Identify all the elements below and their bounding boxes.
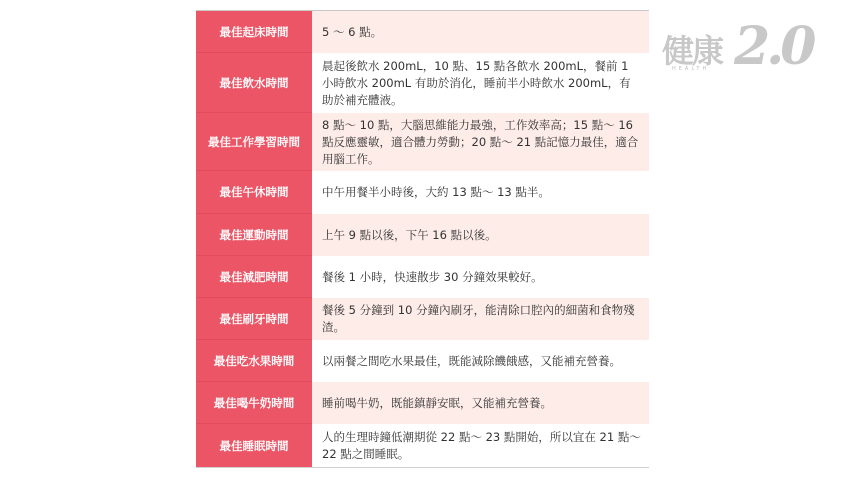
- row-value: 上午 9 點以後，下午 16 點以後。: [312, 214, 649, 256]
- table-row: 最佳運動時間上午 9 點以後，下午 16 點以後。: [196, 214, 649, 256]
- row-value: 人的生理時鐘低潮期從 22 點～ 23 點開始，所以宜在 21 點～ 22 點之…: [312, 424, 649, 467]
- table-row: 最佳減肥時間餐後 1 小時，快速散步 30 分鐘效果較好。: [196, 256, 649, 298]
- row-value: 餐後 1 小時，快速散步 30 分鐘效果較好。: [312, 256, 649, 298]
- table-row: 最佳飲水時間晨起後飲水 200mL，10 點、15 點各飲水 200mL，餐前 …: [196, 53, 649, 113]
- table-row: 最佳吃水果時間以兩餐之間吃水果最佳，既能減除饑餓感，又能補充營養。: [196, 340, 649, 382]
- table-row: 最佳起床時間5 ～ 6 點。: [196, 11, 649, 53]
- table-row: 最佳喝牛奶時間睡前喝牛奶，既能鎮靜安眠，又能補充營養。: [196, 382, 649, 424]
- row-label: 最佳吃水果時間: [196, 340, 312, 382]
- row-label: 最佳刷牙時間: [196, 298, 312, 340]
- table-row: 最佳刷牙時間餐後 5 分鐘到 10 分鐘內刷牙，能清除口腔內的細菌和食物殘渣。: [196, 298, 649, 340]
- row-value: 以兩餐之間吃水果最佳，既能減除饑餓感，又能補充營養。: [312, 340, 649, 382]
- row-value: 晨起後飲水 200mL，10 點、15 點各飲水 200mL，餐前 1 小時飲水…: [312, 53, 649, 113]
- table-row: 最佳午休時間中午用餐半小時後，大約 13 點～ 13 點半。: [196, 171, 649, 214]
- row-value: 中午用餐半小時後，大約 13 點～ 13 點半。: [312, 171, 649, 214]
- health-schedule-table: 最佳起床時間5 ～ 6 點。 最佳飲水時間晨起後飲水 200mL，10 點、15…: [196, 10, 649, 468]
- table-row: 最佳睡眠時間人的生理時鐘低潮期從 22 點～ 23 點開始，所以宜在 21 點～…: [196, 424, 649, 467]
- row-label: 最佳工作學習時間: [196, 113, 312, 171]
- row-label: 最佳減肥時間: [196, 256, 312, 298]
- health-2-0-logo: 健康 2.0 HEALTH: [660, 24, 830, 84]
- row-value: 5 ～ 6 點。: [312, 11, 649, 53]
- row-value: 8 點～ 10 點，大腦思維能力最強，工作效率高；15 點～ 16 點反應靈敏，…: [312, 113, 649, 171]
- table-row: 最佳工作學習時間8 點～ 10 點，大腦思維能力最強，工作效率高；15 點～ 1…: [196, 113, 649, 171]
- row-label: 最佳飲水時間: [196, 53, 312, 113]
- row-label: 最佳運動時間: [196, 214, 312, 256]
- row-value: 睡前喝牛奶，既能鎮靜安眠，又能補充營養。: [312, 382, 649, 424]
- logo-subtext: HEALTH: [672, 66, 709, 72]
- row-label: 最佳起床時間: [196, 11, 312, 53]
- logo-number: 2.0: [734, 16, 812, 77]
- row-value: 餐後 5 分鐘到 10 分鐘內刷牙，能清除口腔內的細菌和食物殘渣。: [312, 298, 649, 340]
- row-label: 最佳喝牛奶時間: [196, 382, 312, 424]
- row-label: 最佳午休時間: [196, 171, 312, 214]
- row-label: 最佳睡眠時間: [196, 424, 312, 467]
